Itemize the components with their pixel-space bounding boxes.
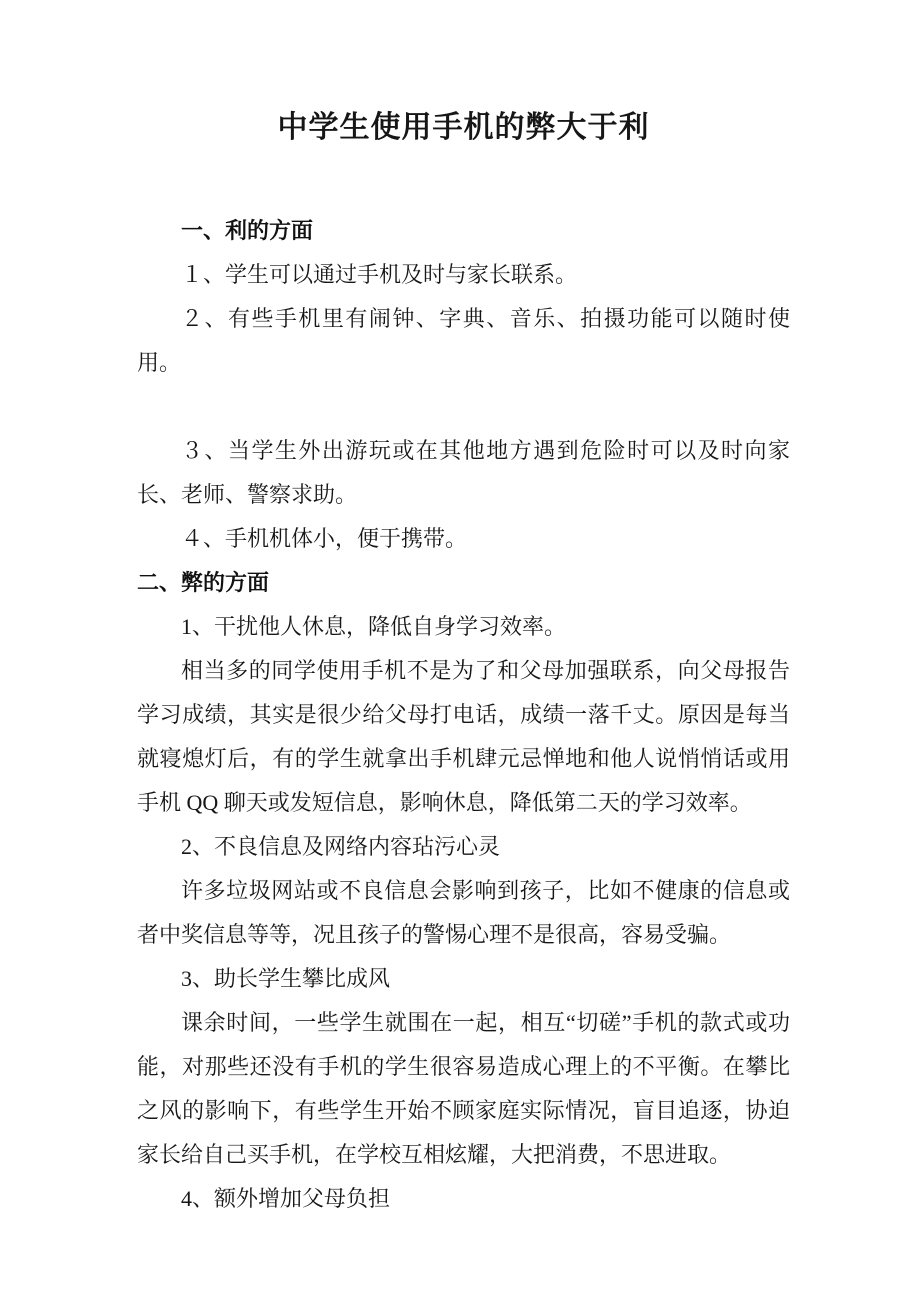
disadvantages-item-4: 4、额外增加父母负担	[137, 1177, 790, 1221]
advantages-item-3: ３、当学生外出游玩或在其他地方遇到危险时可以及时向家长、老师、警察求助。	[137, 429, 790, 517]
advantages-item-1: １、学生可以通过手机及时与家长联系。	[137, 253, 790, 297]
section-disadvantages-heading: 二、弊的方面	[137, 561, 790, 605]
disadvantages-paragraph-3: 课余时间，一些学生就围在一起，相互“切磋”手机的款式或功能，对那些还没有手机的学…	[137, 1001, 790, 1177]
document-page: 中学生使用手机的弊大于利 一、利的方面 １、学生可以通过手机及时与家长联系。 ２…	[0, 0, 920, 1302]
advantages-item-4: ４、手机机体小，便于携带。	[137, 517, 790, 561]
disadvantages-paragraph-2: 许多垃圾网站或不良信息会影响到孩子，比如不健康的信息或者中奖信息等等，况且孩子的…	[137, 869, 790, 957]
section-disadvantages: 二、弊的方面 1、干扰他人休息，降低自身学习效率。 相当多的同学使用手机不是为了…	[137, 561, 790, 1221]
disadvantages-item-1: 1、干扰他人休息，降低自身学习效率。	[137, 605, 790, 649]
blank-line	[137, 385, 790, 429]
section-advantages-heading: 一、利的方面	[137, 209, 790, 253]
section-advantages: 一、利的方面 １、学生可以通过手机及时与家长联系。 ２、有些手机里有闹钟、字典、…	[137, 209, 790, 561]
disadvantages-item-3: 3、助长学生攀比成风	[137, 957, 790, 1001]
disadvantages-item-2: 2、不良信息及网络内容玷污心灵	[137, 825, 790, 869]
document-title: 中学生使用手机的弊大于利	[137, 104, 790, 152]
advantages-item-2: ２、有些手机里有闹钟、字典、音乐、拍摄功能可以随时使用。	[137, 297, 790, 385]
disadvantages-paragraph-1: 相当多的同学使用手机不是为了和父母加强联系，向父母报告学习成绩，其实是很少给父母…	[137, 649, 790, 825]
